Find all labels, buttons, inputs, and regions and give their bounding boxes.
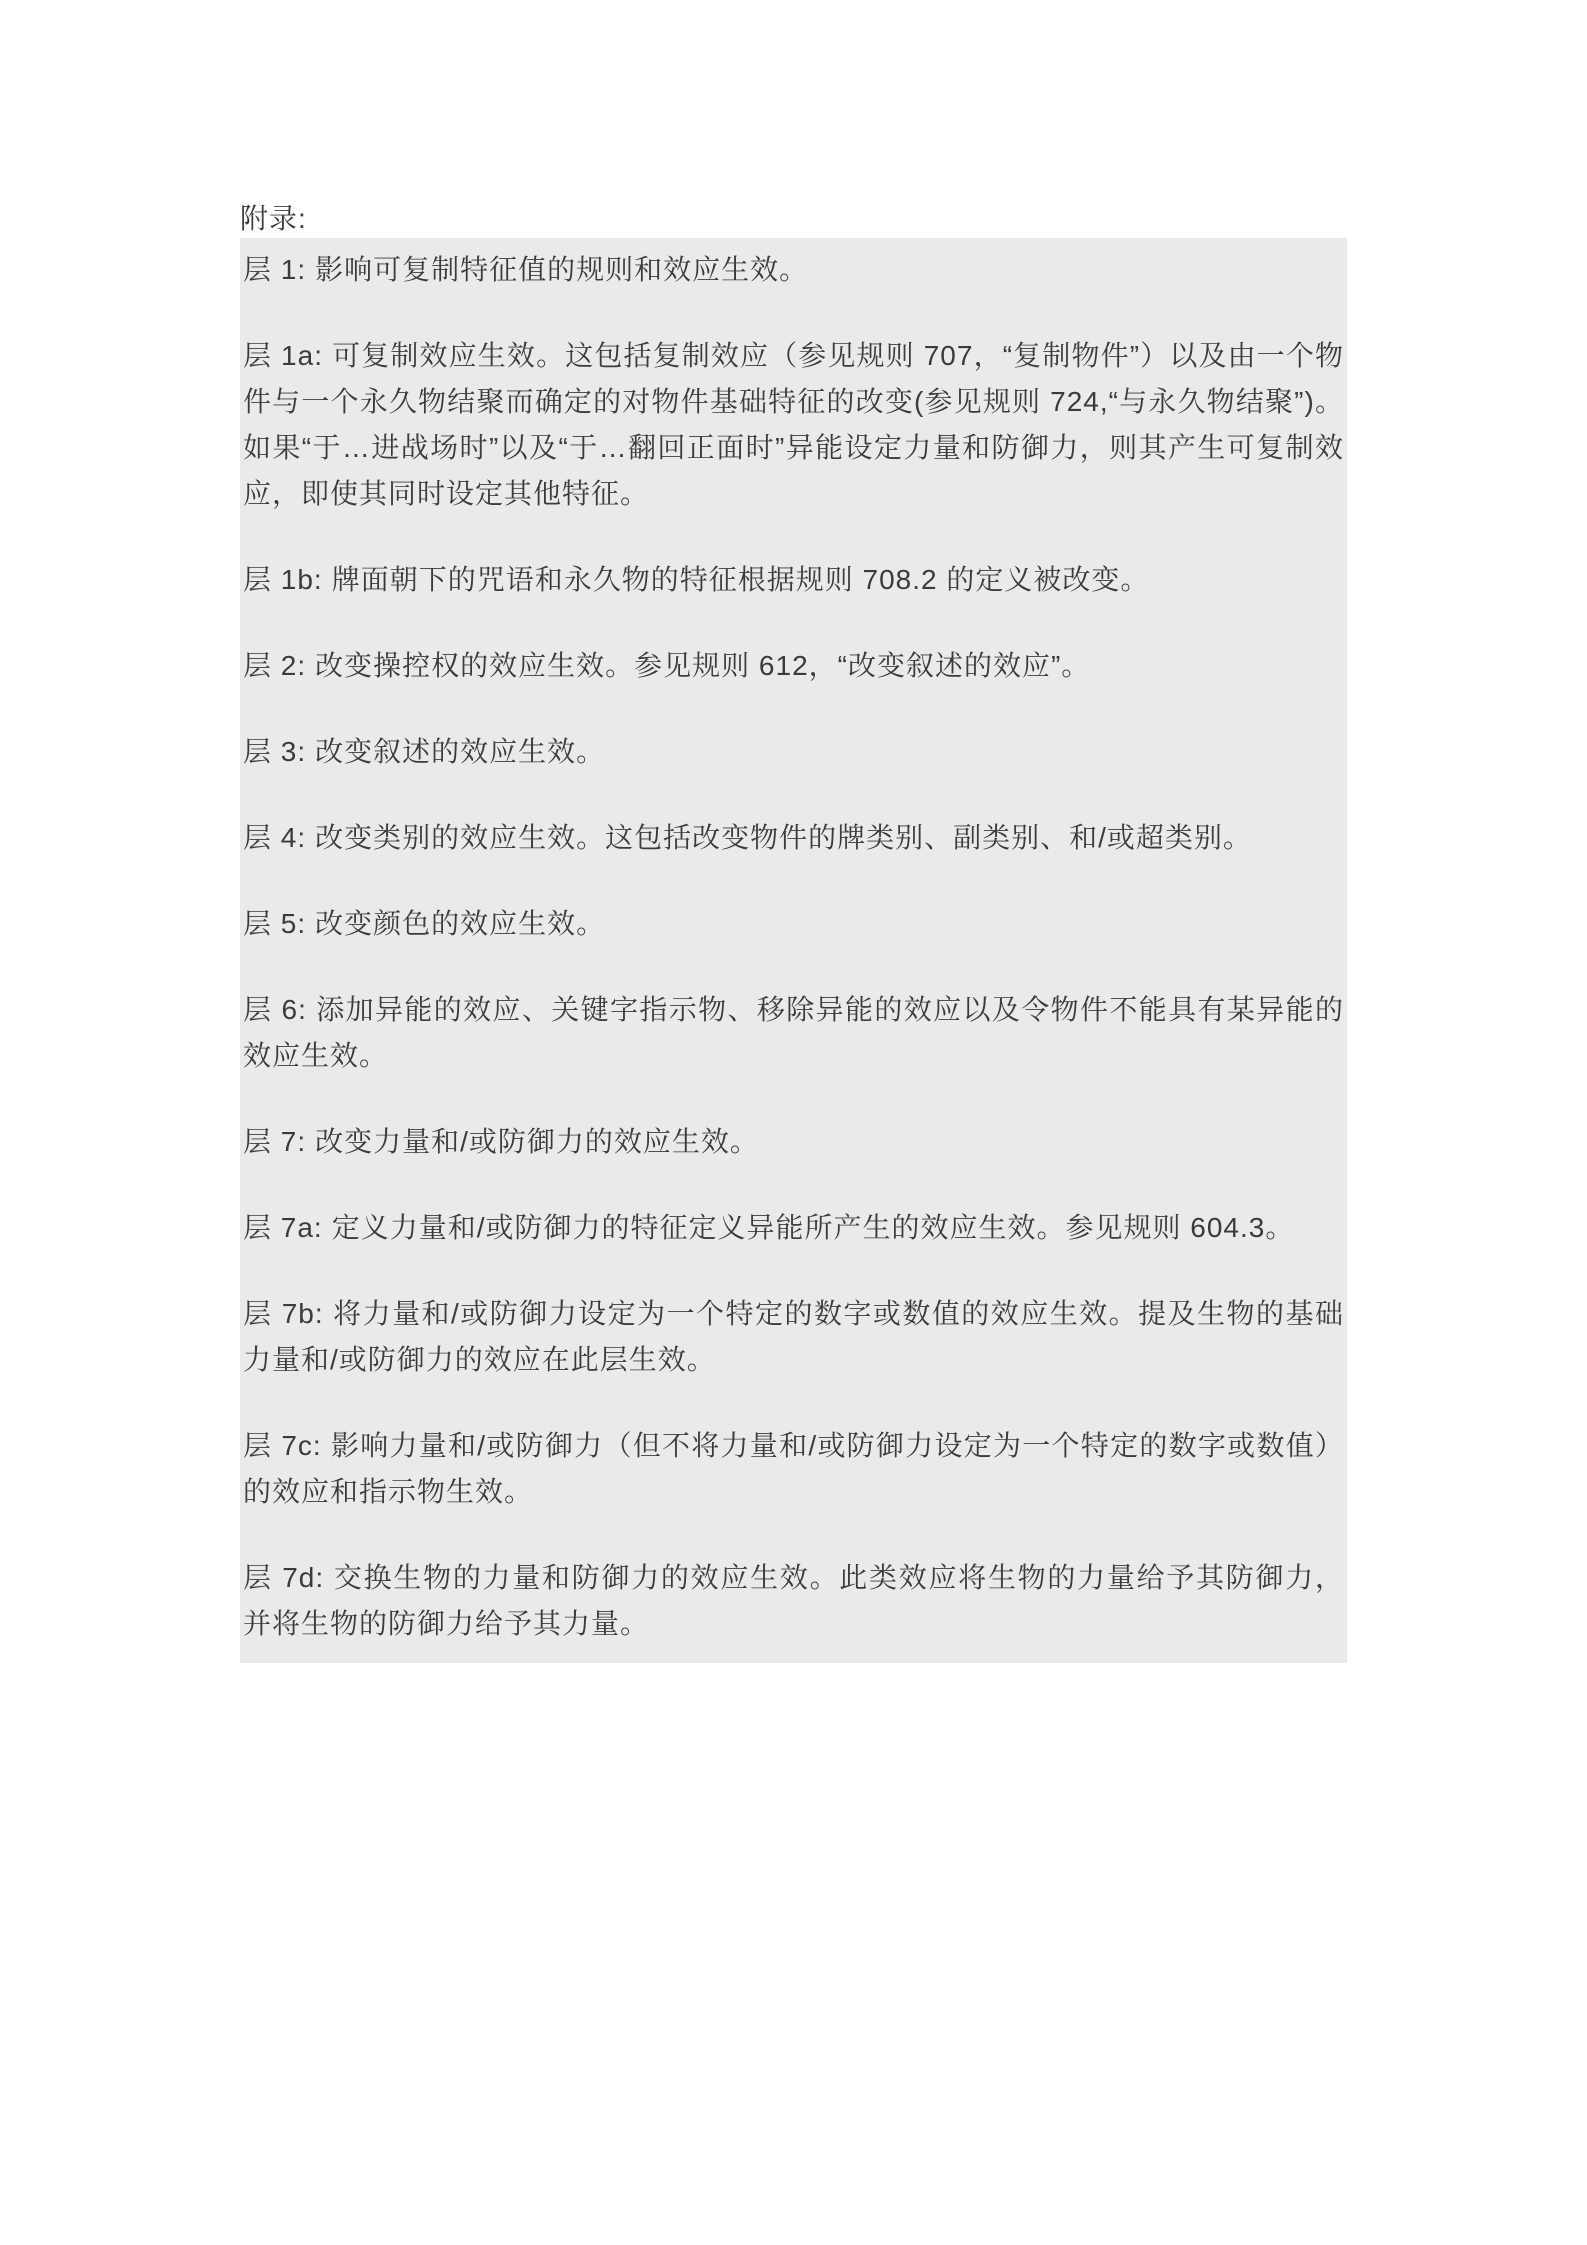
- layer-paragraph: 层 5:改变颜色的效应生效。: [243, 901, 1344, 947]
- layer-paragraph: 层 7:改变力量和/或防御力的效应生效。: [243, 1119, 1344, 1165]
- layer-paragraph: 层 3:改变叙述的效应生效。: [243, 729, 1344, 775]
- layer-label: 层 2:: [243, 650, 306, 681]
- layer-text: 影响可复制特征值的规则和效应生效。: [315, 254, 808, 285]
- layer-paragraph: 层 7a:定义力量和/或防御力的特征定义异能所产生的效应生效。参见规则 604.…: [243, 1205, 1344, 1251]
- layer-paragraph: 层 1b:牌面朝下的咒语和永久物的特征根据规则 708.2 的定义被改变。: [243, 557, 1344, 603]
- layer-paragraph: 层 4:改变类别的效应生效。这包括改变物件的牌类别、副类别、和/或超类别。: [243, 815, 1344, 861]
- layer-text: 定义力量和/或防御力的特征定义异能所产生的效应生效。参见规则 604.3。: [332, 1212, 1295, 1243]
- layer-label: 层 7:: [243, 1126, 306, 1157]
- layer-paragraph: 层 1:影响可复制特征值的规则和效应生效。: [243, 247, 1344, 293]
- layer-text: 改变力量和/或防御力的效应生效。: [315, 1126, 759, 1157]
- layer-label: 层 1a:: [243, 340, 323, 371]
- layer-text: 改变颜色的效应生效。: [315, 908, 605, 939]
- layer-text: 将力量和/或防御力设定为一个特定的数字或数值的效应生效。提及生物的基础力量和/或…: [243, 1298, 1344, 1375]
- layer-paragraph: 层 7d:交换生物的力量和防御力的效应生效。此类效应将生物的力量给予其防御力，并…: [243, 1555, 1344, 1647]
- layer-label: 层 1b:: [243, 564, 323, 595]
- layer-label: 层 7b:: [243, 1298, 324, 1329]
- layer-paragraph: 层 7b:将力量和/或防御力设定为一个特定的数字或数值的效应生效。提及生物的基础…: [243, 1291, 1344, 1383]
- layer-text: 改变类别的效应生效。这包括改变物件的牌类别、副类别、和/或超类别。: [315, 822, 1252, 853]
- layer-rules-block: 层 1:影响可复制特征值的规则和效应生效。 层 1a:可复制效应生效。这包括复制…: [240, 238, 1347, 1663]
- layer-label: 层 7d:: [243, 1562, 324, 1593]
- layer-paragraph: 层 6:添加异能的效应、关键字指示物、移除异能的效应以及令物件不能具有某异能的效…: [243, 987, 1344, 1079]
- layer-text: 可复制效应生效。这包括复制效应（参见规则 707，“复制物件”）以及由一个物件与…: [243, 340, 1344, 509]
- layer-text: 影响力量和/或防御力（但不将力量和/或防御力设定为一个特定的数字或数值）的效应和…: [243, 1430, 1344, 1507]
- layer-text: 牌面朝下的咒语和永久物的特征根据规则 708.2 的定义被改变。: [332, 564, 1150, 595]
- layer-label: 层 3:: [243, 736, 306, 767]
- layer-text: 改变叙述的效应生效。: [315, 736, 605, 767]
- layer-paragraph: 层 2:改变操控权的效应生效。参见规则 612，“改变叙述的效应”。: [243, 643, 1344, 689]
- layer-label: 层 1:: [243, 254, 306, 285]
- layer-paragraph: 层 7c:影响力量和/或防御力（但不将力量和/或防御力设定为一个特定的数字或数值…: [243, 1423, 1344, 1515]
- layer-text: 添加异能的效应、关键字指示物、移除异能的效应以及令物件不能具有某异能的效应生效。: [243, 994, 1344, 1071]
- layer-text: 改变操控权的效应生效。参见规则 612，“改变叙述的效应”。: [315, 650, 1090, 681]
- layer-label: 层 6:: [243, 994, 307, 1025]
- layer-paragraph: 层 1a:可复制效应生效。这包括复制效应（参见规则 707，“复制物件”）以及由…: [243, 333, 1344, 517]
- layer-label: 层 7c:: [243, 1430, 322, 1461]
- layer-label: 层 4:: [243, 822, 306, 853]
- layer-text: 交换生物的力量和防御力的效应生效。此类效应将生物的力量给予其防御力，并将生物的防…: [243, 1562, 1344, 1639]
- appendix-heading: 附录:: [240, 200, 1347, 238]
- layer-label: 层 7a:: [243, 1212, 323, 1243]
- document-page: 附录: 层 1:影响可复制特征值的规则和效应生效。 层 1a:可复制效应生效。这…: [0, 0, 1587, 2245]
- layer-label: 层 5:: [243, 908, 306, 939]
